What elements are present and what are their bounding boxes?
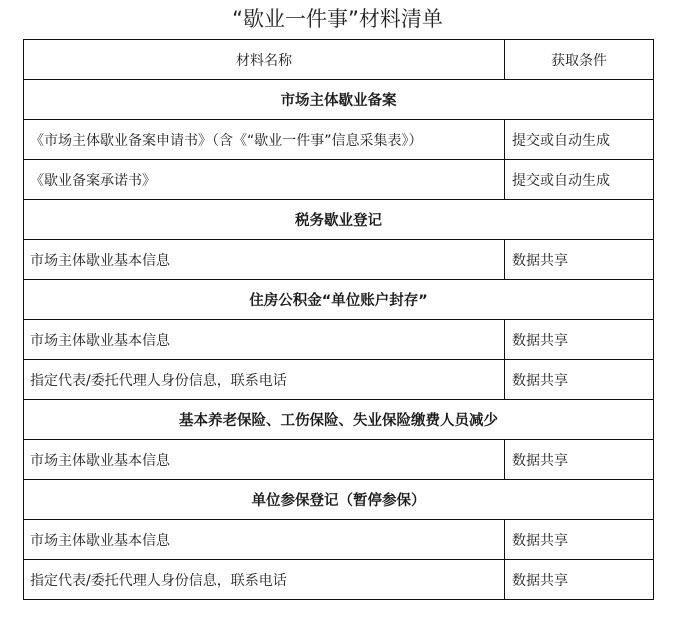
condition-cell: 提交或自动生成 xyxy=(505,160,654,200)
section-heading-row: 住房公积金“单位账户封存” xyxy=(24,280,654,320)
material-cell: 市场主体歇业基本信息 xyxy=(24,520,505,560)
table-row: 指定代表/委托代理人身份信息，联系电话 数据共享 xyxy=(24,360,654,400)
condition-cell: 数据共享 xyxy=(505,560,654,600)
table-row: 《市场主体歇业备案申请书》（含《“歇业一件事”信息采集表》） 提交或自动生成 xyxy=(24,120,654,160)
condition-cell: 数据共享 xyxy=(505,360,654,400)
table-row: 指定代表/委托代理人身份信息，联系电话 数据共享 xyxy=(24,560,654,600)
header-material-name: 材料名称 xyxy=(24,40,505,80)
section-heading: 市场主体歇业备案 xyxy=(24,80,654,120)
condition-cell: 数据共享 xyxy=(505,520,654,560)
section-heading: 单位参保登记（暂停参保） xyxy=(24,480,654,520)
material-cell: 指定代表/委托代理人身份信息，联系电话 xyxy=(24,360,505,400)
table-row: 《歇业备案承诺书》 提交或自动生成 xyxy=(24,160,654,200)
section-heading-row: 基本养老保险、工伤保险、失业保险缴费人员减少 xyxy=(24,400,654,440)
material-cell: 市场主体歇业基本信息 xyxy=(24,440,505,480)
condition-cell: 数据共享 xyxy=(505,440,654,480)
material-cell: 市场主体歇业基本信息 xyxy=(24,320,505,360)
table-row: 市场主体歇业基本信息 数据共享 xyxy=(24,440,654,480)
header-condition: 获取条件 xyxy=(505,40,654,80)
condition-cell: 数据共享 xyxy=(505,240,654,280)
table-row: 市场主体歇业基本信息 数据共享 xyxy=(24,320,654,360)
section-heading: 住房公积金“单位账户封存” xyxy=(24,280,654,320)
condition-cell: 提交或自动生成 xyxy=(505,120,654,160)
section-heading-row: 单位参保登记（暂停参保） xyxy=(24,480,654,520)
material-cell: 市场主体歇业基本信息 xyxy=(24,240,505,280)
section-heading: 税务歇业登记 xyxy=(24,200,654,240)
material-cell: 指定代表/委托代理人身份信息，联系电话 xyxy=(24,560,505,600)
page-title: “歇业一件事”材料清单 xyxy=(0,4,675,34)
table-header-row: 材料名称 获取条件 xyxy=(24,40,654,80)
section-heading: 基本养老保险、工伤保险、失业保险缴费人员减少 xyxy=(24,400,654,440)
material-cell: 《市场主体歇业备案申请书》（含《“歇业一件事”信息采集表》） xyxy=(24,120,505,160)
condition-cell: 数据共享 xyxy=(505,320,654,360)
materials-table: 材料名称 获取条件 市场主体歇业备案 《市场主体歇业备案申请书》（含《“歇业一件… xyxy=(23,39,654,600)
material-cell: 《歇业备案承诺书》 xyxy=(24,160,505,200)
table-row: 市场主体歇业基本信息 数据共享 xyxy=(24,520,654,560)
table-row: 市场主体歇业基本信息 数据共享 xyxy=(24,240,654,280)
section-heading-row: 税务歇业登记 xyxy=(24,200,654,240)
section-heading-row: 市场主体歇业备案 xyxy=(24,80,654,120)
